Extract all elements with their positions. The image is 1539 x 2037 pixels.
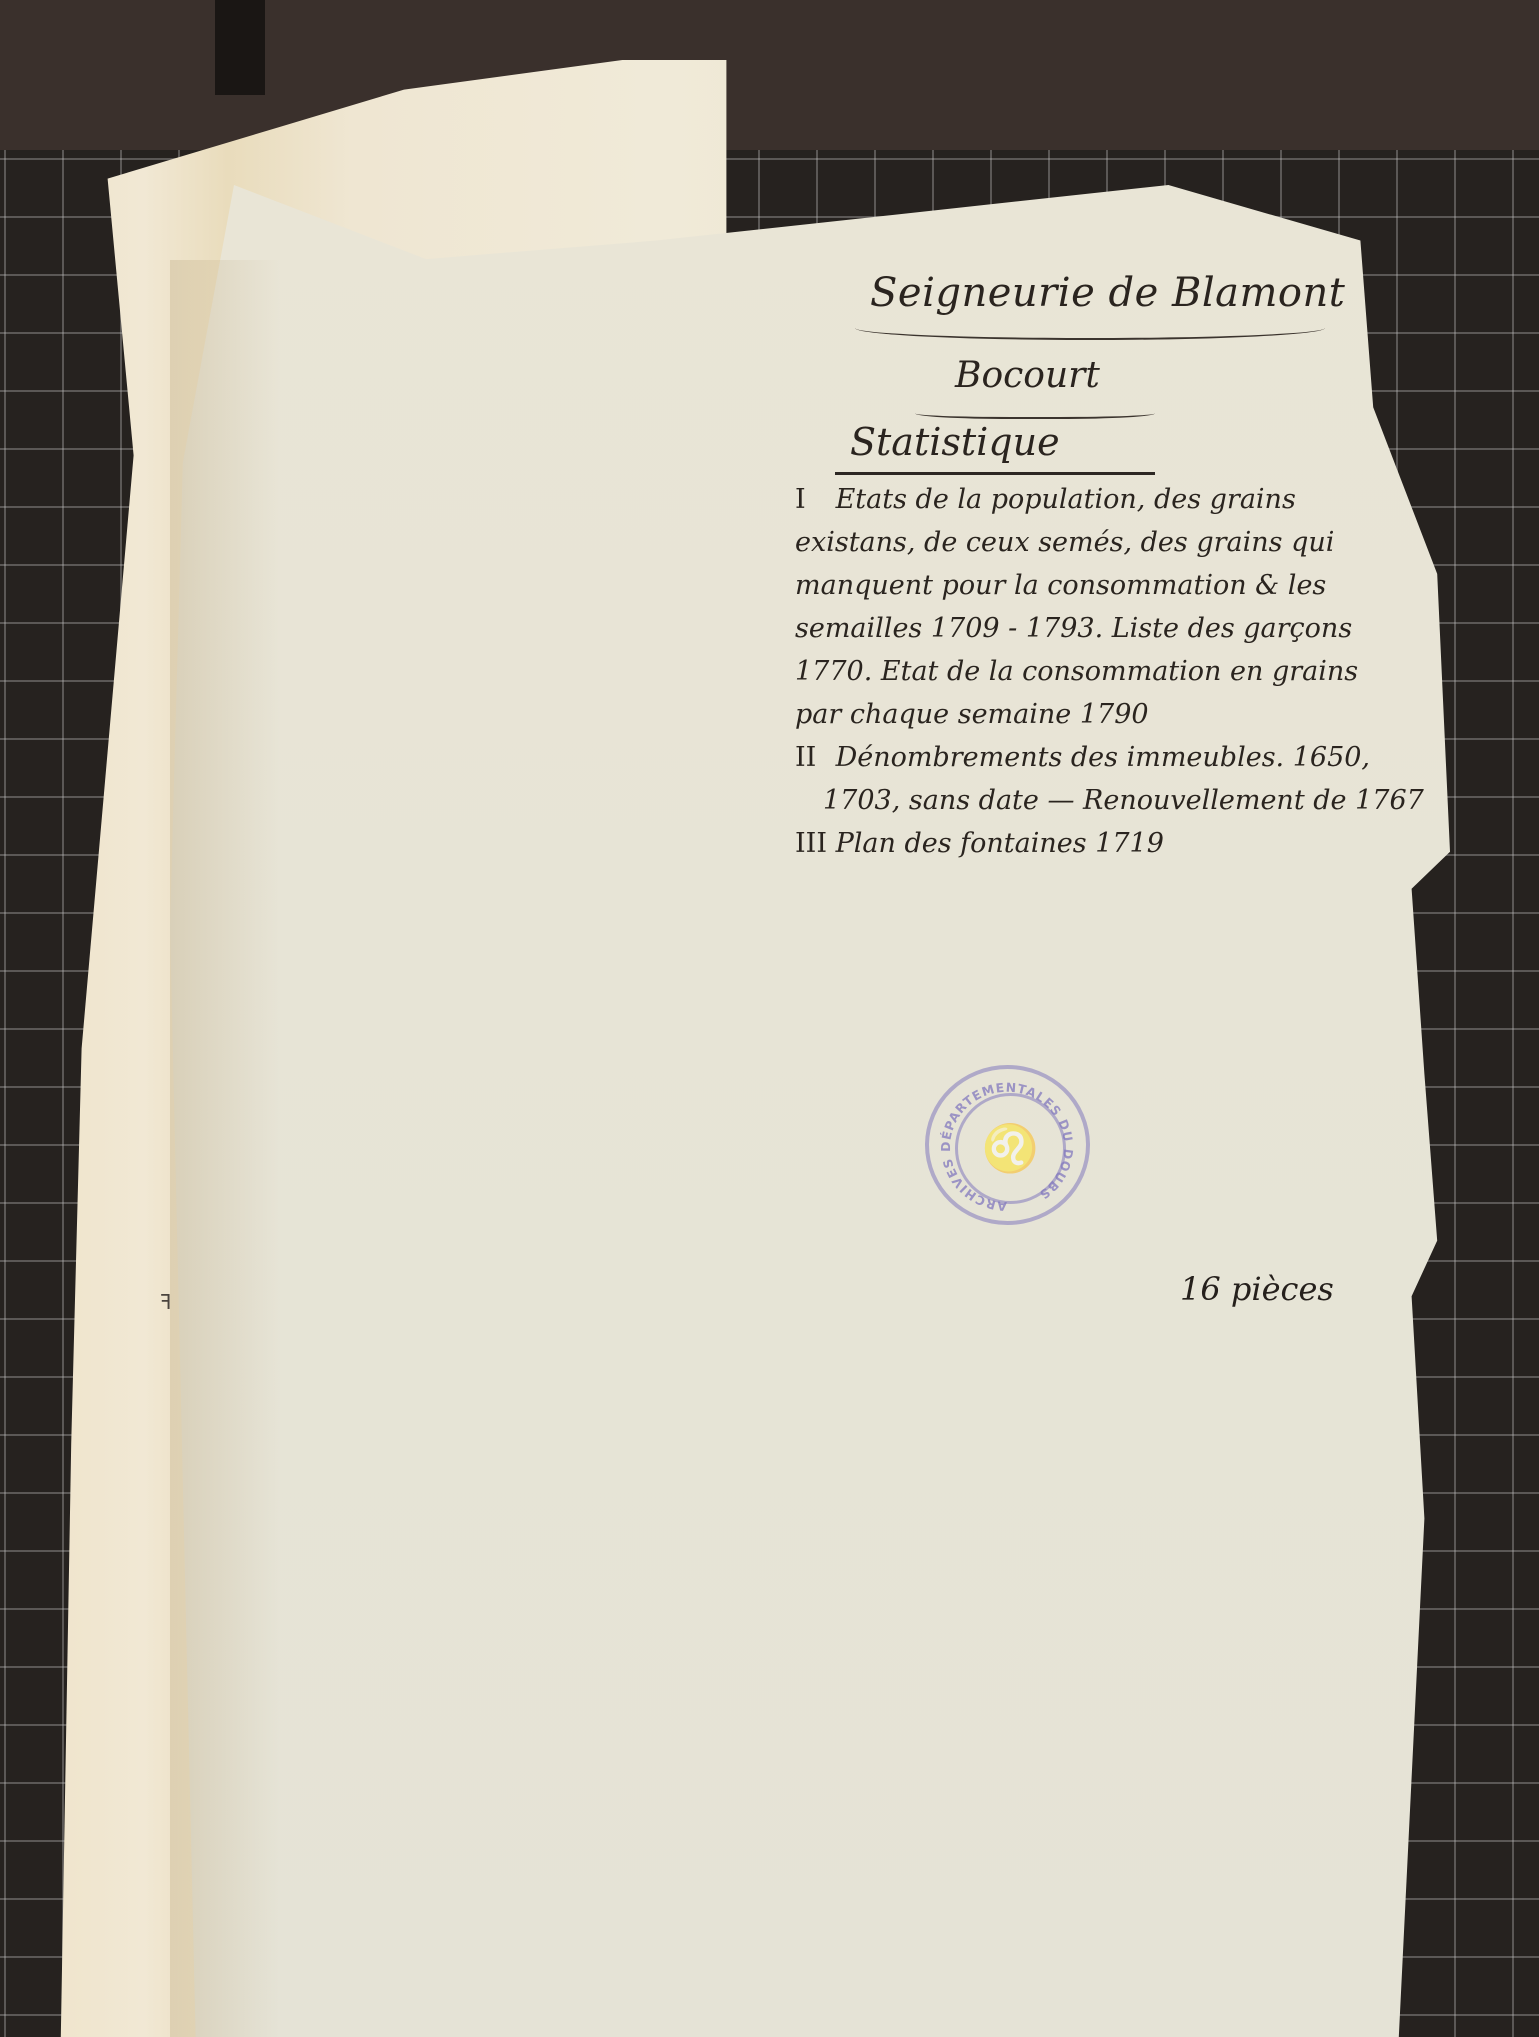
heading-underline <box>835 472 1155 475</box>
entry-3: III Plan des fontaines 1719 <box>795 822 1435 865</box>
entry-line: 1770. Etat de la consommation en grains <box>795 650 1435 693</box>
document-subtitle: Bocourt <box>955 355 1100 396</box>
entry-2: II Dénombrements des immeubles. 1650, 17… <box>795 736 1435 822</box>
section-heading: Statistique <box>850 420 1060 464</box>
entry-line: Plan des fontaines 1719 <box>836 828 1164 859</box>
entry-line: Etats de la population, des grains <box>836 484 1296 515</box>
entry-number: III <box>795 822 827 865</box>
entry-line: existans, de ceux semés, des grains qui <box>795 521 1435 564</box>
margin-mark: ꟻ <box>160 1290 172 1314</box>
entry-number: II <box>795 736 827 779</box>
entry-line: manquent pour la consommation & les <box>795 564 1435 607</box>
piece-count-note: 16 pièces <box>1180 1270 1334 1308</box>
entry-number: I <box>795 478 827 521</box>
front-sheet <box>170 185 1450 2037</box>
entry-line: Dénombrements des immeubles. 1650, <box>836 742 1370 773</box>
entry-line: 1703, sans date — Renouvellement de 1767 <box>795 779 1435 822</box>
document-title: Seigneurie de Blamont <box>870 270 1345 316</box>
archive-stamp: ARCHIVES DÉPARTEMENTALES DU DOUBS ♌ <box>925 1065 1090 1225</box>
lion-rampant-icon: ♌ <box>955 1093 1066 1204</box>
entry-line: par chaque semaine 1790 <box>795 693 1435 736</box>
subtitle-brace <box>915 405 1155 419</box>
clip-shadow <box>215 0 265 95</box>
fold-shadow <box>170 260 280 2037</box>
entry-line: semailles 1709 - 1793. Liste des garçons <box>795 607 1435 650</box>
entry-1: I Etats de la population, des grains exi… <box>795 478 1435 736</box>
entries-list: I Etats de la population, des grains exi… <box>795 478 1435 865</box>
